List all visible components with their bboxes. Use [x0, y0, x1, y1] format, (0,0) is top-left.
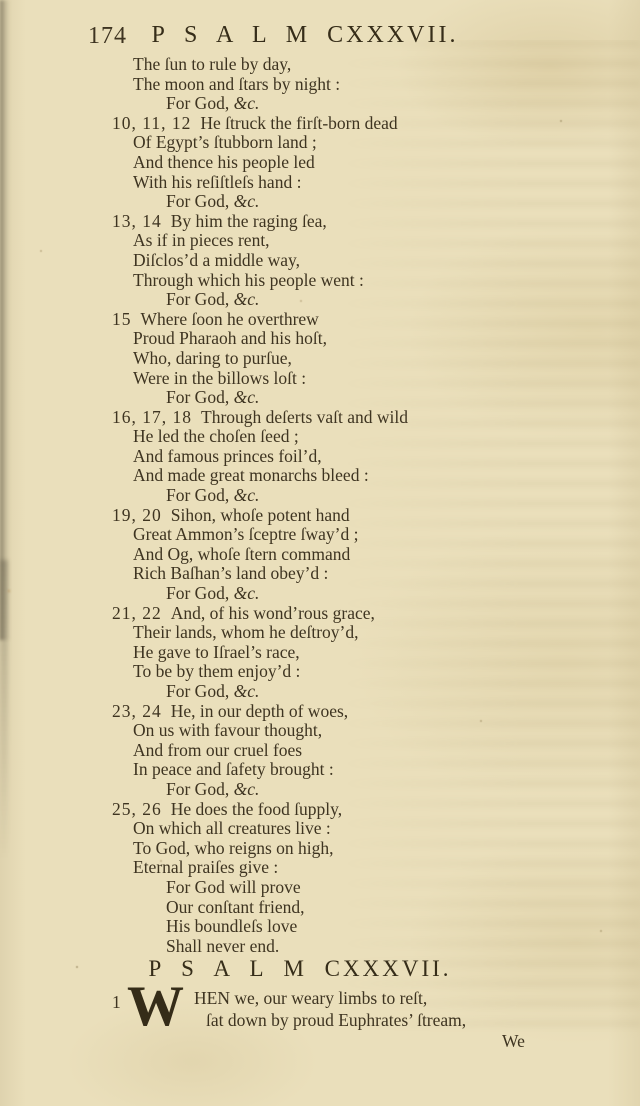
poem-line: 21, 22And, of his wond’rous grace, [112, 604, 610, 624]
poem-line: For God, &c. [166, 682, 610, 702]
poem-line: For God, &c. [166, 780, 610, 800]
poem-line: And made great monarchs bleed : [133, 466, 610, 486]
poem-line: For God, &c. [166, 94, 610, 114]
poem-line: Rich Baſhan’s land obey’d : [133, 564, 610, 584]
etc-abbreviation: &c. [234, 191, 260, 211]
poem-line: 25, 26He does the food ſupply, [112, 800, 610, 820]
etc-abbreviation: &c. [234, 387, 260, 407]
poem-line: Great Ammon’s ſceptre ſway’d ; [133, 525, 610, 545]
poem-line: The moon and ſtars by night : [133, 75, 610, 95]
poem-line: The ſun to rule by day, [133, 55, 610, 75]
poem-line: 10, 11, 12He ſtruck the firſt-born dead [112, 114, 610, 134]
poem-line: Who, daring to purſue, [133, 349, 610, 369]
poem-line: Eternal praiſes give : [133, 858, 610, 878]
poem-line: He led the choſen ſeed ; [133, 427, 610, 447]
poem-line: 15Where ſoon he overthrew [112, 310, 610, 330]
poem-line: As if in pieces rent, [133, 231, 610, 251]
poem-line: On which all creatures live : [133, 819, 610, 839]
poem-line: Our conſtant friend, [166, 898, 610, 918]
paper-specks [0, 0, 2, 2]
poem-line: To God, who reigns on high, [133, 839, 610, 859]
etc-abbreviation: &c. [234, 93, 260, 113]
poem-line: His boundleſs love [166, 917, 610, 937]
poem-line: For God, &c. [166, 290, 610, 310]
poem-line: 23, 24He, in our depth of woes, [112, 702, 610, 722]
verse-1-line-1: HEN we, our weary limbs to reſt, [194, 988, 427, 1009]
running-title: P S A L M CXXXVII. [0, 22, 610, 49]
poem-line: Diſclos’d a middle way, [133, 251, 610, 271]
book-gutter-shadow [0, 0, 10, 640]
poem-line: To be by them enjoy’d : [133, 662, 610, 682]
poem-line: For God, &c. [166, 388, 610, 408]
poem-line: For God, &c. [166, 584, 610, 604]
poem-line: 19, 20Sihon, whoſe potent hand [112, 506, 610, 526]
poem-lines: The ſun to rule by day,The moon and ſtar… [112, 55, 610, 956]
verse-number: 23, 24 [112, 701, 162, 721]
etc-abbreviation: &c. [234, 289, 260, 309]
verse-number: 19, 20 [112, 505, 162, 525]
poem-line: Their lands, whom he deſtroy’d, [133, 623, 610, 643]
poem-line: And Og, whoſe ſtern command [133, 545, 610, 565]
poem-line: And from our cruel foes [133, 741, 610, 761]
psalm-137-heading: P S A L M CXXXVII. [0, 956, 600, 982]
poem-line: He gave to Iſrael’s race, [133, 643, 610, 663]
poem-line: For God, &c. [166, 486, 610, 506]
etc-abbreviation: &c. [234, 485, 260, 505]
poem-line: Shall never end. [166, 937, 610, 957]
drop-cap-w: W [127, 982, 184, 1032]
poem-line: For God, &c. [166, 192, 610, 212]
poem-line: With his reſiſtleſs hand : [133, 173, 610, 193]
poem-line: On us with favour thought, [133, 721, 610, 741]
poem-line: Proud Pharaoh and his hoſt, [133, 329, 610, 349]
book-gutter-shadow-fade [0, 560, 8, 860]
verse-number: 13, 14 [112, 211, 162, 231]
etc-abbreviation: &c. [234, 583, 260, 603]
verse-number: 16, 17, 18 [112, 407, 192, 427]
poem-line: For God will prove [166, 878, 610, 898]
poem-line: Of Egypt’s ſtubborn land ; [133, 133, 610, 153]
poem-line: And famous princes foil’d, [133, 447, 610, 467]
etc-abbreviation: &c. [234, 779, 260, 799]
poem-line: In peace and ſafety brought : [133, 760, 610, 780]
verse-number: 25, 26 [112, 799, 162, 819]
verse-1-line-2: ſat down by proud Euphrates’ ſtream, [206, 1010, 466, 1031]
etc-abbreviation: &c. [234, 681, 260, 701]
book-page: 174 P S A L M CXXXVII. The ſun to rule b… [0, 0, 640, 1106]
running-header: 174 P S A L M CXXXVII. [0, 22, 640, 52]
poem-line: 13, 14By him the raging ſea, [112, 212, 610, 232]
verse-1-number: 1 [112, 992, 121, 1013]
verse-number: 10, 11, 12 [112, 113, 191, 133]
poem-line: 16, 17, 18Through deſerts vaſt and wild [112, 408, 610, 428]
verse-number: 21, 22 [112, 603, 162, 623]
poem-line: And thence his people led [133, 153, 610, 173]
poem-line: Were in the billows loſt : [133, 369, 610, 389]
verse-number: 15 [112, 309, 132, 329]
poem-line: Through which his people went : [133, 271, 610, 291]
catchword: We [502, 1031, 525, 1052]
